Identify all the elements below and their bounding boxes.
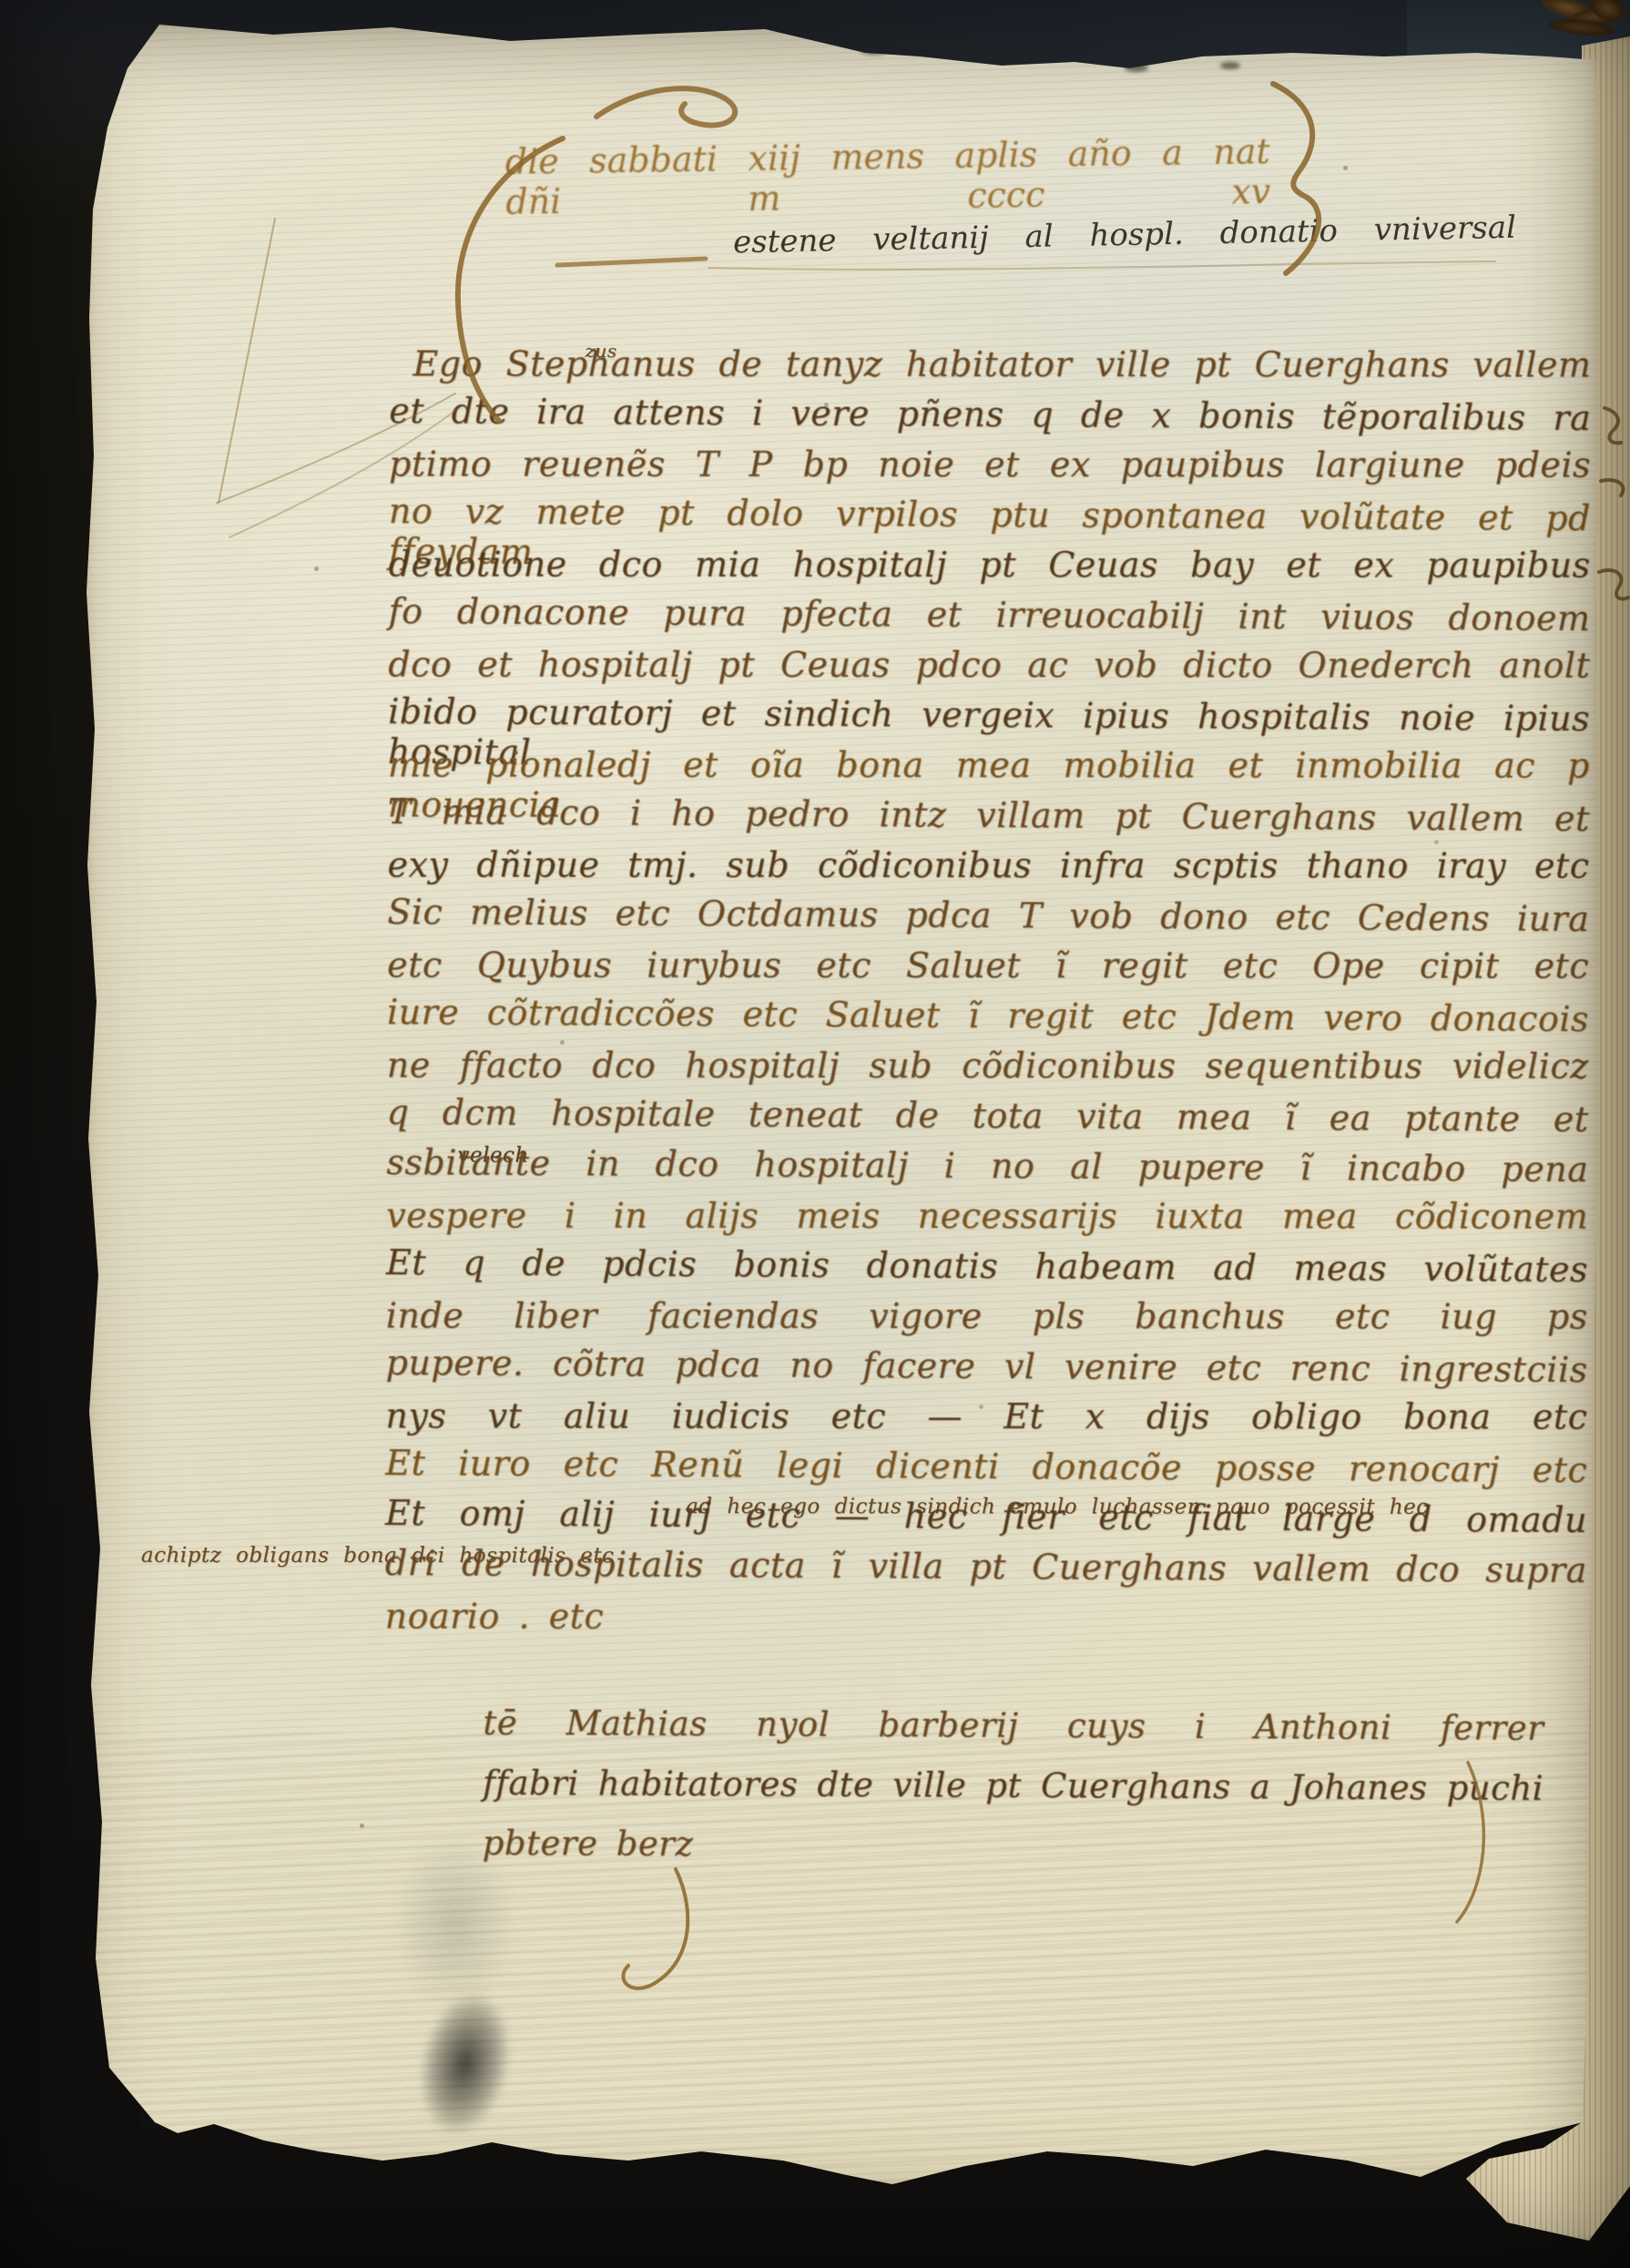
body-line: Et iuro etc Renũ legi dicenti donacõe po… bbox=[385, 1443, 1587, 1500]
top-edge-fray-mark bbox=[1220, 62, 1240, 69]
manuscript-photo: die sabbati xiij mens aplis año a nat dñ… bbox=[0, 0, 1630, 2268]
body-line: dco et hospitalj pt Ceuas pdco ac vob di… bbox=[388, 644, 1590, 695]
witness-line: pbtere berz bbox=[482, 1813, 1543, 1879]
body-line: deuotione dco mia hospitalj pt Ceuas bay… bbox=[389, 544, 1591, 595]
body-line: Et omj alij iurj etc — hec fier etc fiat… bbox=[385, 1493, 1587, 1550]
body-line: pupere. cõtra pdca no facere vl venire e… bbox=[385, 1343, 1587, 1400]
body-line: T mia dco i ho pedro intz villam pt Cuer… bbox=[388, 792, 1590, 849]
body-line: fo donacone pura pfecta et irreuocabilj … bbox=[388, 591, 1590, 649]
body-line: etc Quybus iurybus etc Saluet ĩ regit et… bbox=[387, 945, 1589, 996]
body-line: exy dñipue tmj. sub cõdiconibus infra sc… bbox=[387, 844, 1589, 895]
body-line: ibido pcuratorj et sindich vergeix ipius… bbox=[388, 691, 1590, 749]
top-edge-fray-mark bbox=[1125, 64, 1148, 72]
body-line: Et q de pdcis bonis donatis habeam ad me… bbox=[386, 1242, 1588, 1300]
foxing-specks bbox=[314, 567, 319, 571]
body-line: ssbitante in dco hospitalj i no al puper… bbox=[386, 1142, 1588, 1200]
manuscript-page: die sabbati xiij mens aplis año a nat dñ… bbox=[87, 20, 1598, 2186]
body-line: et dte ira attens i vere pñens q de x bo… bbox=[389, 391, 1591, 448]
body-line: Ego Stephanus de tanyz habitator ville p… bbox=[389, 343, 1591, 394]
binding-threads bbox=[1542, 0, 1630, 47]
header-date-line: die sabbati xiij mens aplis año a nat dñ… bbox=[504, 131, 1270, 222]
body-line: mie pionaledj et oĩa bona mea mobilia et… bbox=[388, 744, 1590, 795]
body-line: vespere i in alijs meis necessarijs iuxt… bbox=[386, 1195, 1588, 1246]
body-line: dri de hospitalis acta ĩ villa pt Cuergh… bbox=[385, 1543, 1587, 1600]
witness-block: tē Mathias nyol barberij cuys i Anthoni … bbox=[482, 1693, 1543, 1879]
witness-line: tē Mathias nyol barberij cuys i Anthoni … bbox=[483, 1693, 1543, 1759]
witness-line: ffabri habitatores dte ville pt Cuerghan… bbox=[483, 1753, 1543, 1819]
body-line: Sic melius etc Octdamus pdca T vob dono … bbox=[387, 892, 1589, 949]
body-line: ptimo reuenẽs T P bp noie et ex paupibus… bbox=[389, 444, 1591, 495]
body-line: q dcm hospitale teneat de tota vita mea … bbox=[386, 1092, 1588, 1149]
body-line: iure cõtradiccões etc Saluet ĩ regit etc… bbox=[387, 992, 1589, 1049]
body-line: nys vt aliu iudicis etc — Et x dijs obli… bbox=[385, 1395, 1587, 1446]
body-line: noario . etc bbox=[385, 1596, 1587, 1647]
body-line: inde liber faciendas vigore pls banchus … bbox=[386, 1295, 1588, 1346]
body-line: ne ffacto dco hospitalj sub cõdiconibus … bbox=[387, 1045, 1589, 1096]
top-edge-fray-mark bbox=[861, 46, 888, 55]
body-text-block: zusEgo Stephanus de tanyz habitator vill… bbox=[385, 342, 1592, 1650]
body-line: no vz mete pt dolo vrpilos ptu spontanea… bbox=[389, 491, 1591, 548]
